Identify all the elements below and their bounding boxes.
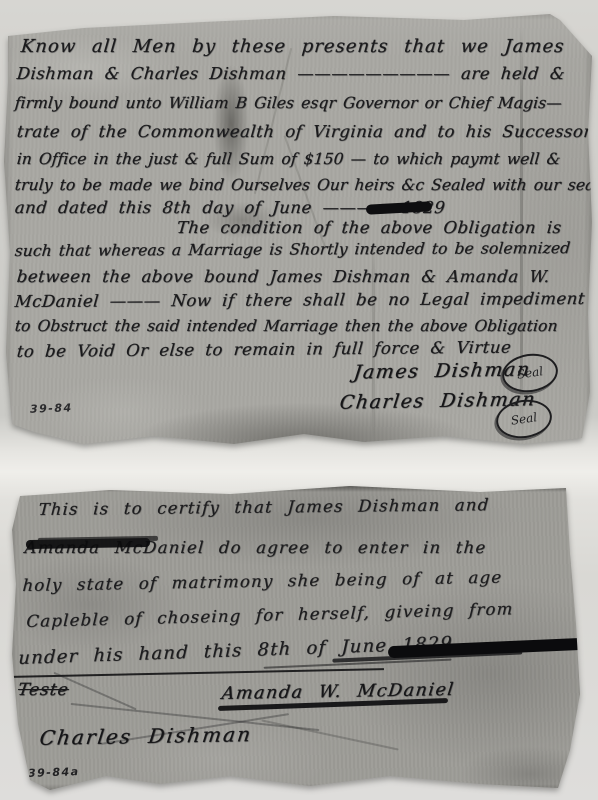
bond-text-line: such that whereas a Marriage is Shortly … bbox=[14, 239, 571, 260]
bond-text-line: truly to be made we bind Ourselves Our h… bbox=[14, 176, 598, 194]
consent-text-line: holy state of matrimony she being of at … bbox=[22, 568, 503, 595]
bond-text-line: The condition of the above Obligation is bbox=[176, 218, 562, 237]
consent-text-line: Capleble of choseing for herself, givein… bbox=[26, 599, 514, 631]
bond-text-line: between the above bound James Dishman & … bbox=[16, 267, 551, 286]
signature-amanda-mcdaniel: Amanda W. McDaniel bbox=[221, 680, 456, 704]
bond-text-line: trate of the Commonwealth of Virginia an… bbox=[16, 122, 598, 141]
signature-charles-dishman: Charles Dishman bbox=[38, 722, 253, 750]
bond-text-line: Dishman & Charles Dishman ————————— are … bbox=[16, 64, 566, 83]
consent-note-document: This is to certify that James Dishman an… bbox=[10, 484, 588, 796]
bond-text-line: McDaniel ——— Now if there shall be no Le… bbox=[14, 289, 586, 311]
archival-number: 39-84a bbox=[28, 765, 80, 780]
marriage-bond-document: Know all Men by these presents that we J… bbox=[4, 12, 594, 458]
consent-note-paper: This is to certify that James Dishman an… bbox=[10, 484, 588, 796]
archival-number: 39-84 bbox=[30, 401, 73, 415]
bond-text-line: to be Void Or else to remain in full for… bbox=[16, 338, 512, 361]
bond-text-line: to Obstruct the said intended Marriage t… bbox=[14, 317, 558, 335]
bond-text-line: firmly bound unto William B Giles esqr G… bbox=[14, 94, 563, 112]
bond-text-line: Know all Men by these presents that we J… bbox=[20, 36, 565, 57]
scanned-page: Know all Men by these presents that we J… bbox=[0, 0, 598, 800]
consent-text-line: This is to certify that James Dishman an… bbox=[38, 495, 490, 519]
marriage-bond-paper: Know all Men by these presents that we J… bbox=[4, 12, 594, 458]
bond-text-line: in Office in the just & full Sum of $150… bbox=[16, 150, 561, 168]
ink-line bbox=[12, 668, 384, 678]
witness-label: Teste bbox=[17, 680, 71, 700]
ink-scratch bbox=[261, 719, 398, 750]
